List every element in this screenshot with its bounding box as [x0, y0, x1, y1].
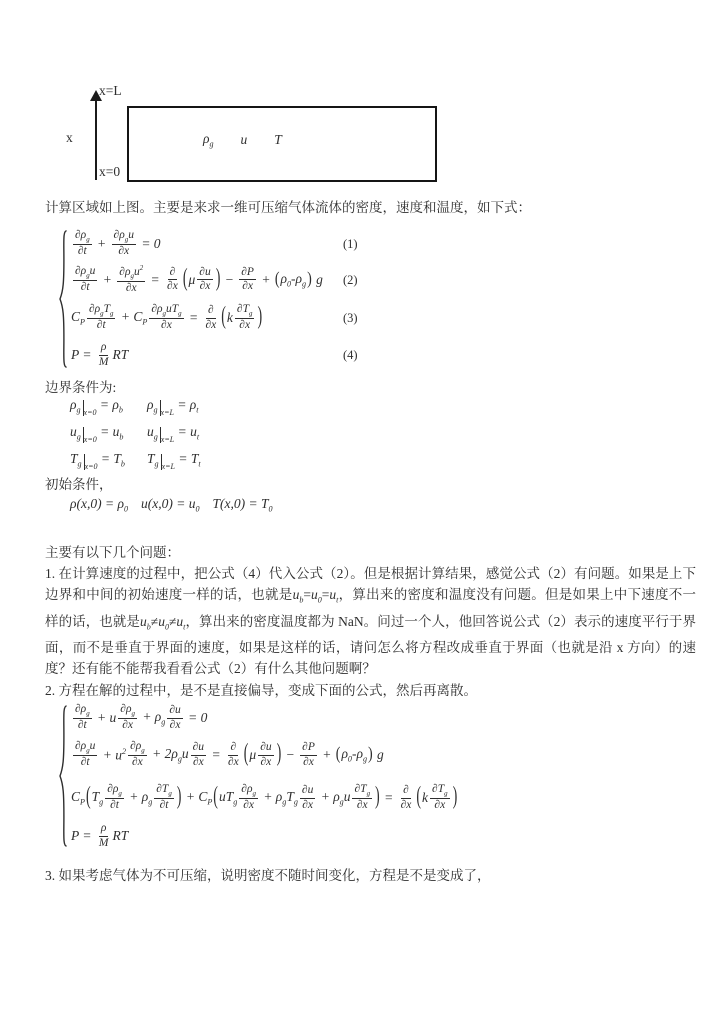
rho-g-variable: ρg: [203, 131, 214, 149]
system-brace: [57, 228, 69, 370]
equation-number: (2): [343, 273, 358, 288]
bc-row-density: ρgx=0 = ρb ρgx=L = ρt: [70, 392, 201, 419]
equation-row-energy: CP∂ρgTg∂t + CP∂ρguTg∂x = ∂∂x(k∂Tg∂x) (3): [71, 298, 431, 338]
document-page: x x=L x=0 ρg u T 计算区域如上图。主要是来求一维可压缩气体流体的…: [0, 0, 725, 1024]
ic-density: ρ(x,0) = ρ0: [70, 496, 128, 514]
bc-left: ugx=0 = ub: [70, 419, 147, 446]
system-brace: [57, 703, 69, 849]
equation: ∂ρgu∂t + ∂ρgu2∂x = ∂∂x(μ∂u∂x) − ∂P∂x + (…: [71, 265, 323, 296]
question-2-paragraph: 2. 方程在解的过程中，是不是直接偏导，变成下面的公式，然后再离散。: [45, 681, 696, 702]
equation-row-energy-expanded: CP(Tg∂ρg∂t + ρg∂Tg∂t) + CP(uTg∂ρg∂x + ρg…: [71, 775, 531, 821]
ic-velocity: u(x,0) = u0: [141, 496, 200, 514]
intro-paragraph: 计算区域如上图。主要是来求一维可压缩气体流体的密度，速度和温度，如下式：: [45, 198, 695, 219]
equation-number: (4): [343, 348, 358, 363]
x-axis-arrow: [95, 99, 97, 180]
initial-conditions-block: ρ(x,0) = ρ0 u(x,0) = u0 T(x,0) = T0: [70, 496, 273, 514]
initial-conditions-heading: 初始条件，: [45, 475, 113, 495]
boundary-conditions-block: ρgx=0 = ρb ρgx=L = ρt ugx=0 = ub ugx=L =…: [70, 392, 201, 473]
x-axis-label: x: [66, 130, 73, 146]
equation-row-momentum-expanded: ∂ρgu∂t + u2∂ρg∂x + 2ρgu∂u∂x = ∂∂x(μ∂u∂x)…: [71, 735, 531, 775]
equation-system-1: ∂ρg∂t + ∂ρgu∂x = 0 (1) ∂ρgu∂t + ∂ρgu2∂x …: [57, 226, 431, 372]
equation-row-state: P = ρMRT (4): [71, 338, 431, 372]
equation-number: (1): [343, 237, 358, 252]
ic-temperature: T(x,0) = T0: [213, 496, 273, 514]
u-variable: u: [241, 131, 248, 149]
equation-number: (3): [343, 311, 358, 326]
equation: ∂ρg∂t + u∂ρg∂x + ρg∂u∂x = 0: [71, 703, 207, 733]
equation-row-momentum: ∂ρgu∂t + ∂ρgu2∂x = ∂∂x(μ∂u∂x) − ∂P∂x + (…: [71, 262, 431, 298]
equation: CP∂ρgTg∂t + CP∂ρguTg∂x = ∂∂x(k∂Tg∂x): [71, 303, 263, 333]
bc-row-velocity: ugx=0 = ub ugx=L = ut: [70, 419, 201, 446]
question-1-paragraph: 1. 在计算速度的过程中，把公式（4）代入公式（2）。但是根据计算结果，感觉公式…: [45, 563, 696, 679]
x-equals-L-label: x=L: [99, 83, 122, 99]
bc-left: Tgx=0 = Tb: [70, 446, 147, 473]
equation-row-continuity-expanded: ∂ρg∂t + u∂ρg∂x + ρg∂u∂x = 0: [71, 701, 531, 735]
equation: ∂ρgu∂t + u2∂ρg∂x + 2ρgu∂u∂x = ∂∂x(μ∂u∂x)…: [71, 740, 384, 770]
equation: P = ρMRT: [71, 341, 128, 369]
equation: ∂ρg∂t + ∂ρgu∂x = 0: [71, 229, 161, 259]
T-variable: T: [274, 131, 282, 149]
equation: CP(Tg∂ρg∂t + ρg∂Tg∂t) + CP(uTg∂ρg∂x + ρg…: [71, 783, 458, 813]
domain-rectangle: [127, 106, 437, 182]
domain-variables: ρg u T: [203, 131, 282, 149]
equation-system-2: ∂ρg∂t + u∂ρg∂x + ρg∂u∂x = 0 ∂ρgu∂t + u2∂…: [57, 701, 531, 851]
bc-row-temperature: Tgx=0 = Tb Tgx=L = Tt: [70, 446, 201, 473]
equation-row-state-expanded: P = ρMRT: [71, 821, 531, 851]
bc-right: ugx=L = ut: [147, 419, 199, 446]
bc-left: ρgx=0 = ρb: [70, 392, 147, 419]
x-equals-0-label: x=0: [99, 164, 120, 180]
bc-right: Tgx=L = Tt: [147, 446, 201, 473]
bc-right: ρgx=L = ρt: [147, 392, 199, 419]
question-3-paragraph: 3. 如果考虑气体为不可压缩，说明密度不随时间变化，方程是不是变成了，: [45, 866, 696, 887]
equation: P = ρMRT: [71, 822, 128, 850]
equation-row-continuity: ∂ρg∂t + ∂ρgu∂x = 0 (1): [71, 226, 431, 262]
questions-heading: 主要有以下几个问题：: [45, 543, 180, 563]
